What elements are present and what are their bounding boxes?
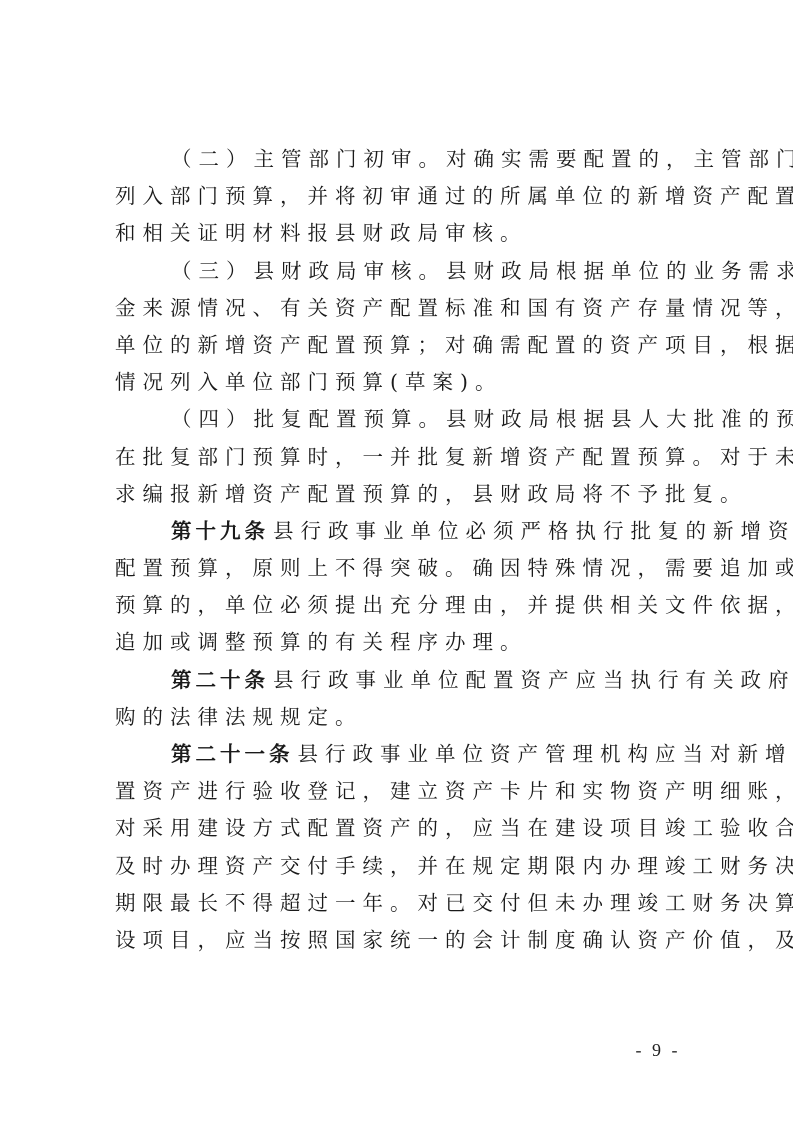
document-page: （二）主管部门初审。对确实需要配置的，主管部门将其 列入部门预算，并将初审通过的…: [0, 0, 793, 1122]
text-line: （二）主管部门初审。对确实需要配置的，主管部门将其: [115, 141, 678, 178]
text-line: 列入部门预算，并将初审通过的所属单位的新增资产配置预算: [115, 178, 678, 215]
text-line: 第二十条县行政事业单位配置资产应当执行有关政府采: [115, 662, 678, 699]
paragraph-item-4: （四）批复配置预算。县财政局根据县人大批准的预算， 在批复部门预算时，一并批复新…: [115, 401, 685, 513]
document-body: （二）主管部门初审。对确实需要配置的，主管部门将其 列入部门预算，并将初审通过的…: [115, 141, 685, 959]
text-line: 金来源情况、有关资产配置标准和国有资产存量情况等，审核: [115, 290, 678, 327]
paragraph-article-19: 第十九条县行政事业单位必须严格执行批复的新增资产 配置预算，原则上不得突破。确因…: [115, 513, 685, 662]
text-line: 情况列入单位部门预算(草案)。: [115, 364, 678, 401]
text-line: 在批复部门预算时，一并批复新增资产配置预算。对于未按要: [115, 439, 678, 476]
article-text: 县行政事业单位资产管理机构应当对新增配: [298, 742, 793, 766]
text-line: 单位的新增资产配置预算；对确需配置的资产项目，根据财力: [115, 327, 678, 364]
text-line: 期限最长不得超过一年。对已交付但未办理竣工财务决算的建: [115, 885, 678, 922]
article-number: 第二十条: [171, 668, 269, 692]
paragraph-article-20: 第二十条县行政事业单位配置资产应当执行有关政府采 购的法律法规规定。: [115, 662, 685, 736]
text-line: 购的法律法规规定。: [115, 699, 678, 736]
text-line: （三）县财政局审核。县财政局根据单位的业务需求、资: [115, 253, 678, 290]
article-number: 第十九条: [171, 519, 269, 543]
text-line: 对采用建设方式配置资产的，应当在建设项目竣工验收合格后: [115, 810, 678, 847]
paragraph-item-3: （三）县财政局审核。县财政局根据单位的业务需求、资 金来源情况、有关资产配置标准…: [115, 253, 685, 402]
text-line: 求编报新增资产配置预算的，县财政局将不予批复。: [115, 476, 678, 513]
text-line: 及时办理资产交付手续，并在规定期限内办理竣工财务决算，: [115, 848, 678, 885]
text-line: 和相关证明材料报县财政局审核。: [115, 215, 678, 252]
text-line: 配置预算，原则上不得突破。确因特殊情况，需要追加或调整: [115, 550, 678, 587]
article-text: 县行政事业单位配置资产应当执行有关政府采: [273, 668, 793, 692]
paragraph-item-2: （二）主管部门初审。对确实需要配置的，主管部门将其 列入部门预算，并将初审通过的…: [115, 141, 685, 253]
text-line: （四）批复配置预算。县财政局根据县人大批准的预算，: [115, 401, 678, 438]
article-number: 第二十一条: [171, 742, 294, 766]
text-line: 追加或调整预算的有关程序办理。: [115, 624, 678, 661]
paragraph-article-21: 第二十一条县行政事业单位资产管理机构应当对新增配 置资产进行验收登记，建立资产卡…: [115, 736, 685, 959]
text-line: 设项目，应当按照国家统一的会计制度确认资产价值，及时进: [115, 922, 678, 959]
text-line: 预算的，单位必须提出充分理由，并提供相关文件依据，按照: [115, 587, 678, 624]
page-number: - 9 -: [630, 1040, 686, 1061]
text-line: 第二十一条县行政事业单位资产管理机构应当对新增配: [115, 736, 678, 773]
article-text: 县行政事业单位必须严格执行批复的新增资产: [273, 519, 793, 543]
text-line: 第十九条县行政事业单位必须严格执行批复的新增资产: [115, 513, 678, 550]
text-line: 置资产进行验收登记，建立资产卡片和实物资产明细账，其中: [115, 773, 678, 810]
